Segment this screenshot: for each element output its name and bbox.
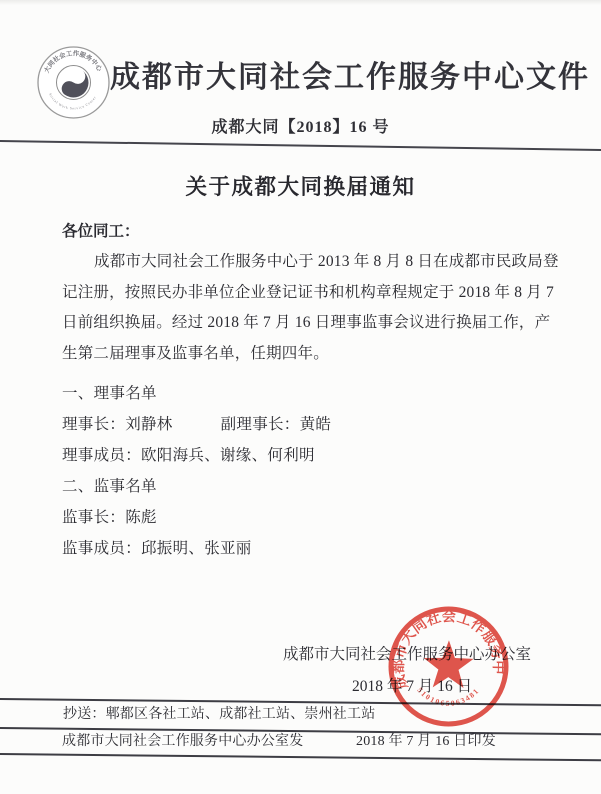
svg-text:5101065063481: 5101065063481 (415, 679, 482, 712)
doc-number: 成都大同【2018】16 号 (0, 114, 601, 137)
supervisor-chair: 监事长：陈彪 (62, 505, 157, 527)
section-heading-supervisors: 二、监事名单 (62, 474, 157, 496)
footer-cc: 抄送：郫都区各社工站、成都社工站、崇州社工站 (63, 703, 375, 723)
director-vice-chair: 副理事长：黄皓 (221, 412, 332, 434)
director-members: 理事成员：欧阳海兵、谢缘、何利明 (62, 443, 315, 465)
header-rule (0, 140, 601, 151)
paragraph-line: 日前组织换届。经过 2018 年 7 月 16 日理事监事会议进行换届工作，产 (62, 308, 554, 339)
scan-edge-shading (0, 0, 601, 5)
paragraph-line: 记注册，按照民办非单位企业登记证书和机构章程规定于 2018 年 8 月 7 (62, 278, 554, 309)
footer-issuer: 成都市大同社会工作服务中心办公室发 (62, 730, 303, 750)
supervisor-members: 监事成员：邱振明、张亚丽 (62, 536, 252, 558)
director-chair-row: 理事长：刘静林 副理事长：黄皓 (62, 412, 331, 434)
footer-rule-bottom (0, 753, 601, 761)
official-seal-icon: 成都市大同社会工作服务中心 5101065063481 (380, 598, 517, 735)
seal-star-icon (423, 640, 474, 688)
salutation: 各位同工： (62, 219, 140, 241)
body-paragraph: 成都市大同社会工作服务中心于 2013 年 8 月 8 日在成都市民政局登 记注… (62, 247, 554, 369)
seal-code: 5101065063481 (415, 679, 482, 712)
section-heading-directors: 一、理事名单 (62, 381, 157, 403)
document-page: 大同社会工作服务中心 Social Work Service Center 成都… (0, 0, 601, 794)
director-chair: 理事长：刘静林 (62, 412, 173, 434)
paragraph-line: 成都市大同社会工作服务中心于 2013 年 8 月 8 日在成都市民政局登 (62, 247, 554, 278)
paragraph-line: 生第二届理事及监事名单，任期四年。 (62, 339, 554, 370)
org-logo-icon: 大同社会工作服务中心 Social Work Service Center (36, 45, 111, 120)
footer-print-date: 2018 年 7 月 16 日印发 (356, 730, 496, 750)
org-title: 成都市大同社会工作服务中心文件 (110, 56, 579, 100)
doc-title: 关于成都大同换届通知 (0, 170, 601, 201)
